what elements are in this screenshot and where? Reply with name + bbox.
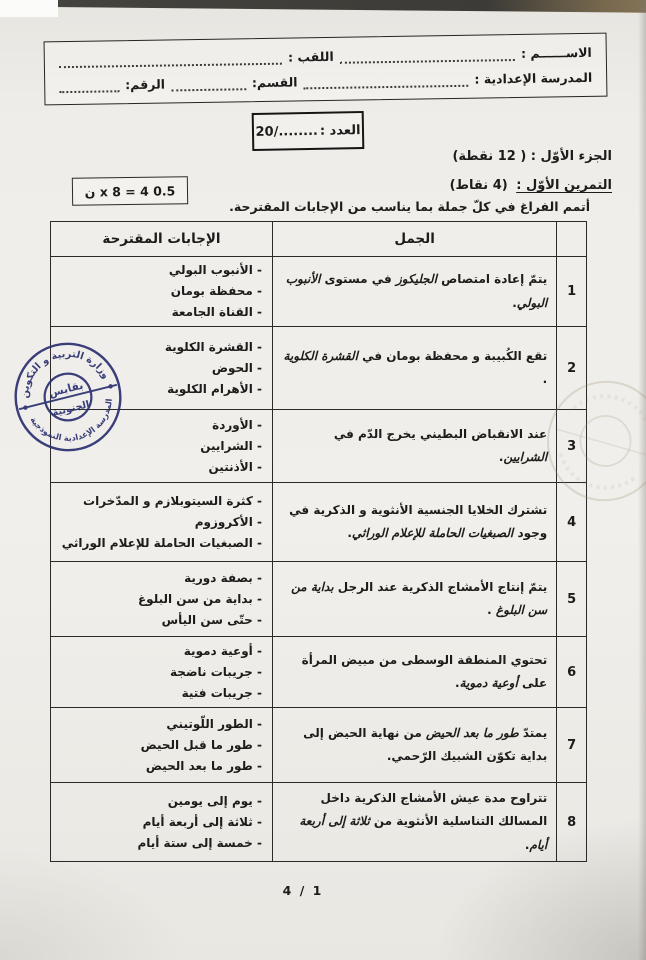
filled-answer-text: القشرة الكلوية xyxy=(283,349,357,363)
answer-option: - خمسة إلى ستة أيام xyxy=(61,833,262,854)
points-formula-box: 0.5 x 8 = 4 ن xyxy=(72,176,188,206)
table-row: 4تشترك الخلايا الجنسية الأنثوية و الذكري… xyxy=(51,483,587,562)
answer-option: - القناة الجامعة xyxy=(61,302,262,323)
sentence-cell: يتمّ إنتاج الأمشاج الذكرية عند الرجل بدا… xyxy=(272,562,556,637)
sentence-cell: تحتوي المنطقة الوسطى من مبيض المرأة على … xyxy=(272,637,556,708)
surname-field-dots xyxy=(59,53,282,69)
table-row: 2تقع الكُبيبة و محفظة بومان في القشرة ال… xyxy=(51,327,587,410)
answer-option: - طور ما قبل الحيض xyxy=(61,735,262,756)
class-field-dots xyxy=(171,78,246,91)
student-info-row-2: المدرسة الإعدادية : القسم: الرقم: xyxy=(59,70,592,93)
exercise-title: التمرين الأوّل : xyxy=(516,178,612,193)
scan-corner-artifact xyxy=(0,0,58,17)
header-sentences: الجمل xyxy=(272,222,556,257)
student-info-box: الاســــــم : اللقب : المدرسة الإعدادية … xyxy=(44,33,608,106)
sentence-text: . xyxy=(487,603,496,617)
answer-option: - يوم إلى يومين xyxy=(61,791,262,812)
sentence-text: يتمّ إعادة امتصاص xyxy=(437,272,547,286)
sentence-text: في مستوى xyxy=(320,272,396,286)
answer-option: - جريبات فتية xyxy=(61,683,262,704)
table-row: 1يتمّ إعادة امتصاص الجليكوز في مستوى الأ… xyxy=(51,257,587,327)
sentence-text: عند الانقباض البطيني يخرج الدّم في xyxy=(334,427,547,441)
answer-option: - الصبغيات الحاملة للإعلام الوراثي xyxy=(61,533,262,554)
answers-cell: - الأنبوب البولي- محفظة بومان- القناة ال… xyxy=(51,257,273,327)
filled-answer-text: طور ما بعد الحيض xyxy=(426,726,519,740)
filled-answer-text: أوعية دموية xyxy=(460,676,518,690)
answer-option: - بداية من سن البلوغ xyxy=(61,589,262,610)
answer-option: - أوعية دموية xyxy=(61,641,262,662)
part-title: الجزء الأوّل : ( 12 نقطة) xyxy=(452,149,612,164)
exercise-points: (4 نقاط) xyxy=(450,178,508,193)
answer-option: - طور ما بعد الحيض xyxy=(61,756,262,777)
sentence-text: . xyxy=(543,372,548,386)
answer-option: - الأنبوب البولي xyxy=(61,260,262,281)
exam-table-body: 1يتمّ إعادة امتصاص الجليكوز في مستوى الأ… xyxy=(51,257,587,862)
table-header-row: الجمل الإجابات المقترحة xyxy=(51,222,587,257)
stamp-inner-top-text: بقابس xyxy=(47,379,84,400)
answer-option: - جريبات ناضجة xyxy=(61,662,262,683)
class-label: القسم: xyxy=(252,74,298,90)
number-field-dots xyxy=(59,80,119,93)
student-info-row-1: الاســــــم : اللقب : xyxy=(59,45,592,68)
table-row: 6تحتوي المنطقة الوسطى من مبيض المرأة على… xyxy=(51,637,587,708)
answer-option: - الأكروزوم xyxy=(61,512,262,533)
answer-option: - محفظة بومان xyxy=(61,281,262,302)
answers-cell: - يوم إلى يومين- ثلاثة إلى أربعة أيام- خ… xyxy=(51,783,273,862)
filled-answer-text: الصبغيات الحاملة للإعلام الوراثي xyxy=(352,526,513,540)
exercise-title-line: التمرين الأوّل : (4 نقاط) xyxy=(450,178,612,193)
exam-table: الجمل الإجابات المقترحة 1يتمّ إعادة امتص… xyxy=(50,221,587,862)
name-label: الاســــــم : xyxy=(521,45,592,61)
answer-option: - كثرة السيتوبلازم و المدّخرات xyxy=(61,491,262,512)
name-field-dots xyxy=(340,49,516,64)
scan-edge-artifact xyxy=(40,0,646,13)
sentence-cell: تشترك الخلايا الجنسية الأنثوية و الذكرية… xyxy=(272,483,556,562)
row-number: 6 xyxy=(557,637,587,708)
number-label: الرقم: xyxy=(125,77,165,93)
row-number: 8 xyxy=(557,783,587,862)
answers-cell: - الطور اللّوتيني- طور ما قبل الحيض- طور… xyxy=(51,708,273,783)
sentence-cell: يتمّ إعادة امتصاص الجليكوز في مستوى الأن… xyxy=(272,257,556,327)
sentence-cell: تتراوح مدة عيش الأمشاج الذكرية داخل المس… xyxy=(272,783,556,862)
row-number: 5 xyxy=(557,562,587,637)
points-formula: 0.5 x 8 = 4 ن xyxy=(85,183,176,199)
header-answers: الإجابات المقترحة xyxy=(51,222,273,257)
score-value: ......../20 xyxy=(255,123,318,139)
answer-option: - الطور اللّوتيني xyxy=(61,714,262,735)
sentence-text: تقع الكُبيبة و محفظة بومان في xyxy=(358,349,547,363)
answer-option: - بصفة دورية xyxy=(61,568,262,589)
sentence-text: يتمّ إنتاج الأمشاج الذكرية عند الرجل xyxy=(334,580,548,594)
score-label: العدد : xyxy=(320,123,361,139)
table-row: 5يتمّ إنتاج الأمشاج الذكرية عند الرجل بد… xyxy=(51,562,587,637)
row-number: 1 xyxy=(557,257,587,327)
table-row: 7يمتدّ طور ما بعد الحيض من نهاية الحيض إ… xyxy=(51,708,587,783)
sentence-cell: عند الانقباض البطيني يخرج الدّم في الشرا… xyxy=(272,410,556,483)
surname-label: اللقب : xyxy=(288,49,334,65)
score-box: العدد : ......../20 xyxy=(252,111,365,151)
answers-cell: - بصفة دورية- بداية من سن البلوغ- حتّى س… xyxy=(51,562,273,637)
sentence-cell: يمتدّ طور ما بعد الحيض من نهاية الحيض إل… xyxy=(272,708,556,783)
answers-cell: - كثرة السيتوبلازم و المدّخرات- الأكروزو… xyxy=(51,483,273,562)
answers-cell: - أوعية دموية- جريبات ناضجة- جريبات فتية xyxy=(51,637,273,708)
school-label: المدرسة الإعدادية : xyxy=(474,70,592,87)
page-number: 4 / 1 xyxy=(0,883,626,898)
answer-option: - الأذنتين xyxy=(61,457,262,478)
sentence-cell: تقع الكُبيبة و محفظة بومان في القشرة الك… xyxy=(272,327,556,410)
answer-option: - حتّى سن اليأس xyxy=(61,610,262,631)
sentence-text: يمتدّ xyxy=(519,726,548,740)
row-number: 7 xyxy=(557,708,587,783)
header-number-col xyxy=(557,222,587,257)
instruction-text: أتمم الفراغ في كلّ جملة بما يناسب من الإ… xyxy=(229,199,590,214)
stamp-inner-bottom-text: الجنوبية xyxy=(51,399,90,419)
table-row: 8تتراوح مدة عيش الأمشاج الذكرية داخل الم… xyxy=(51,783,587,862)
school-field-dots xyxy=(303,75,468,90)
filled-answer-text: الجليكوز xyxy=(396,272,437,286)
scanned-exam-page: الاســــــم : اللقب : المدرسة الإعدادية … xyxy=(0,0,646,960)
answer-option: - ثلاثة إلى أربعة أيام xyxy=(61,812,262,833)
